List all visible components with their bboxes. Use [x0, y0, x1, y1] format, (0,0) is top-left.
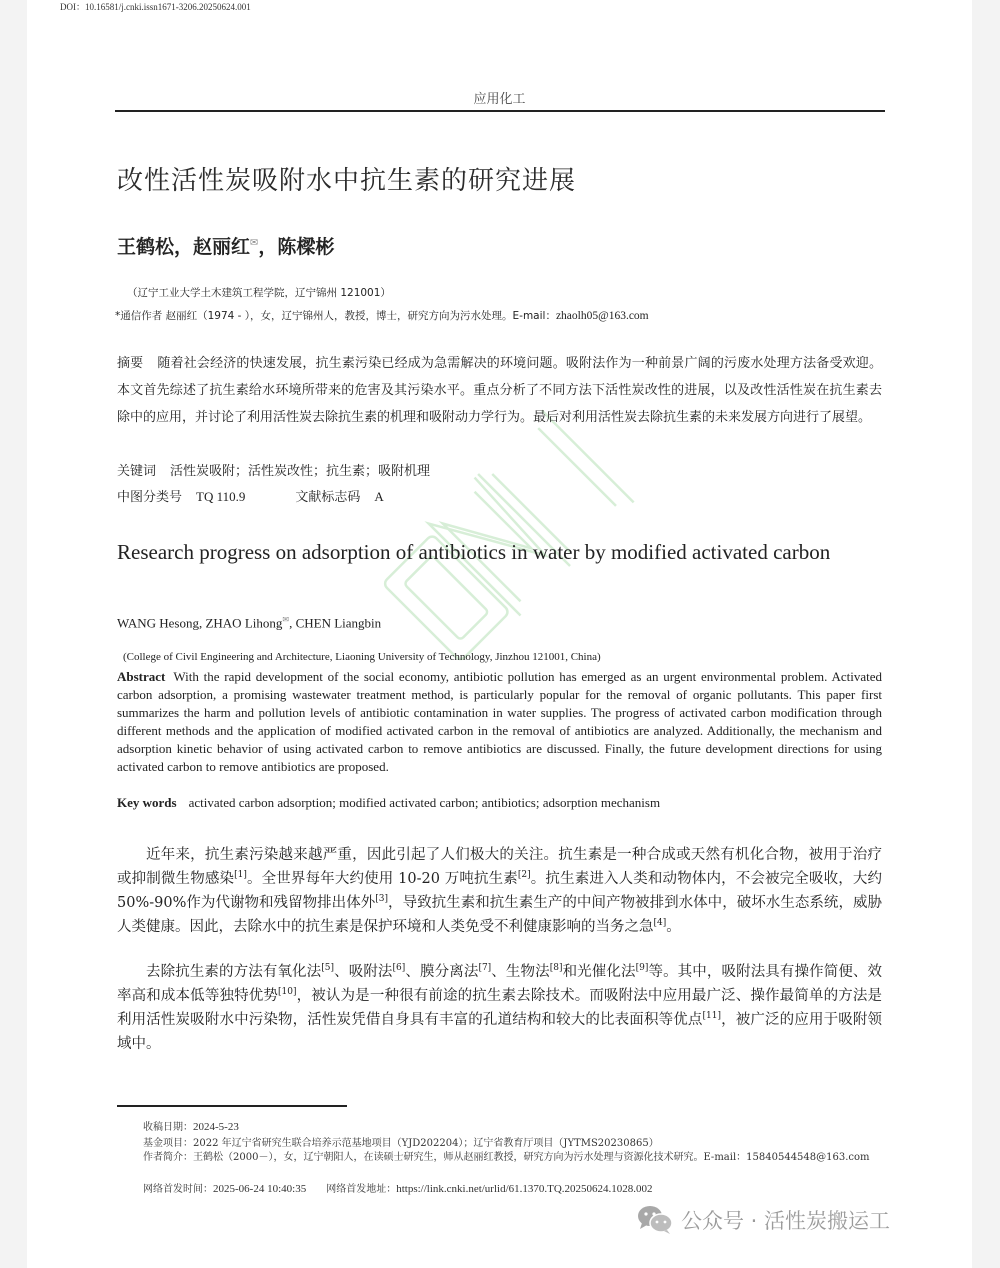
wechat-account-label: 公众号 · 活性炭搬运工 — [681, 1205, 890, 1235]
online-time-label: 网络首发时间： — [143, 1184, 213, 1195]
english-authors-part2: , CHEN Liangbin — [289, 615, 381, 630]
online-time: 2025-06-24 10:40:35 — [213, 1183, 306, 1195]
abstract-label: 摘要 — [117, 356, 143, 371]
citation-ref[interactable]: [7] — [478, 963, 491, 973]
fund-text: 2022 年辽宁省研究生联合培养示范基地项目（YJD202204）；辽宁省教育厅… — [193, 1138, 659, 1149]
english-keywords-label: Key words — [117, 795, 177, 810]
english-abstract-text: With the rapid development of the social… — [117, 669, 882, 774]
journal-name: 应用化工 — [27, 88, 972, 107]
online-url-link[interactable]: https://link.cnki.net/urlid/61.1370.TQ.2… — [396, 1183, 652, 1195]
english-keywords: Key wordsactivated carbon adsorption; mo… — [117, 795, 660, 811]
chinese-keywords: 关键词活性炭吸附；活性炭改性；抗生素；吸附机理 — [117, 460, 430, 479]
corresponding-author-note: *通信作者 赵丽红（1974 - ），女，辽宁锦州人，教授，博士，研究方向为污水… — [115, 308, 649, 323]
bio-text: 王鹤松（2000－），女，辽宁朝阳人，在读硕士研究生，师从赵丽红教授，研究方向为… — [193, 1152, 870, 1163]
clc-value: TQ 110.9 — [196, 489, 245, 504]
fund-label: 基金项目： — [143, 1138, 193, 1149]
body-paragraph-2: 去除抗生素的方法有氧化法[5]、吸附法[6]、膜分离法[7]、生物法[8]和光催… — [117, 960, 882, 1056]
wechat-icon — [637, 1205, 673, 1235]
citation-ref[interactable]: [9] — [636, 963, 649, 973]
author-3: ，陈樑彬 — [258, 236, 334, 258]
doc-code-value: A — [374, 489, 383, 504]
online-url-label: 网络首发地址： — [326, 1184, 396, 1195]
doi-text: DOI：10.16581/j.cnki.issn1671-3206.202506… — [60, 0, 251, 13]
footnote-author-bio: 作者简介：王鹤松（2000－），女，辽宁朝阳人，在读硕士研究生，师从赵丽红教授，… — [117, 1150, 882, 1166]
citation-ref[interactable]: [6] — [393, 963, 406, 973]
footnote-fund: 基金项目：2022 年辽宁省研究生联合培养示范基地项目（YJD202204）；辽… — [143, 1134, 659, 1149]
english-keywords-text: activated carbon adsorption; modified ac… — [189, 795, 660, 810]
classification-line: 中图分类号TQ 110.9文献标志码A — [117, 486, 384, 505]
footnote-rule — [117, 1105, 347, 1107]
header-rule — [115, 110, 885, 112]
citation-ref[interactable]: [10] — [278, 987, 296, 997]
chinese-authors: 王鹤松，赵丽红✉，陈樑彬 — [117, 232, 334, 259]
citation-ref[interactable]: [3] — [375, 894, 388, 904]
english-affiliation: (College of Civil Engineering and Archit… — [123, 651, 601, 663]
citation-ref[interactable]: [2] — [518, 870, 531, 880]
english-abstract: AbstractWith the rapid development of th… — [117, 668, 882, 776]
footnote-received: 收稿日期：2024-5-23 — [143, 1118, 239, 1133]
author-1: 王鹤松， — [117, 236, 193, 258]
corresponding-note-text: *通信作者 赵丽红（1974 - ），女，辽宁锦州人，教授，博士，研究方向为污水… — [115, 310, 556, 322]
english-authors: WANG Hesong, ZHAO Lihong✉, CHEN Liangbin — [117, 615, 381, 631]
received-date: 2024-5-23 — [193, 1121, 239, 1133]
chinese-abstract: 摘要随着社会经济的快速发展，抗生素污染已经成为急需解决的环境问题。吸附法作为一种… — [117, 350, 882, 431]
clc-label: 中图分类号 — [117, 490, 182, 505]
author-2: 赵丽红 — [193, 236, 250, 258]
keywords-label: 关键词 — [117, 464, 156, 479]
citation-ref[interactable]: [4] — [654, 918, 667, 928]
corresponding-email: zhaolh05@163.com — [556, 310, 649, 322]
citation-ref[interactable]: [1] — [234, 870, 247, 880]
english-title: Research progress on adsorption of antib… — [117, 538, 877, 566]
body-paragraph-1: 近年来，抗生素污染越来越严重，因此引起了人们极大的关注。抗生素是一种合成或天然有… — [117, 843, 882, 939]
citation-ref[interactable]: [11] — [703, 1011, 721, 1021]
citation-ref[interactable]: [5] — [321, 963, 334, 973]
wechat-account-watermark: 公众号 · 活性炭搬运工 — [637, 1205, 890, 1235]
chinese-affiliation: （辽宁工业大学土木建筑工程学院，辽宁锦州 121001） — [127, 285, 391, 300]
english-abstract-label: Abstract — [117, 669, 165, 684]
doc-code-label: 文献标志码 — [295, 490, 360, 505]
received-label: 收稿日期： — [143, 1122, 193, 1133]
chinese-title: 改性活性炭吸附水中抗生素的研究进展 — [117, 160, 576, 197]
english-authors-part1: WANG Hesong, ZHAO Lihong — [117, 615, 282, 630]
footnote-online: 网络首发时间：2025-06-24 10:40:35网络首发地址：https:/… — [143, 1180, 653, 1195]
abstract-text: 随着社会经济的快速发展，抗生素污染已经成为急需解决的环境问题。吸附法作为一种前景… — [117, 356, 882, 425]
keywords-text: 活性炭吸附；活性炭改性；抗生素；吸附机理 — [170, 464, 430, 479]
document-page: DOI：10.16581/j.cnki.issn1671-3206.202506… — [27, 0, 972, 1268]
bio-label: 作者简介： — [143, 1152, 193, 1163]
citation-ref[interactable]: [8] — [550, 963, 563, 973]
